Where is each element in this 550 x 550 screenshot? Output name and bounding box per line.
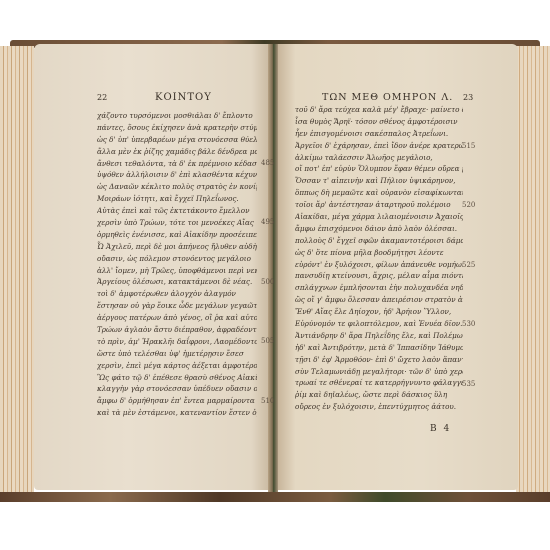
right-running-head: ΤΩΝ ΜΕΘ ΟΜΗΡΟΝ Λ. xyxy=(322,92,453,103)
text-line: εὑρόντ' ἐν ξυλόχοισι, φίλων ἀπάνευθε νομ… xyxy=(295,259,463,271)
text-line: Εὐρύνομόν τε φιλοπτόλεμον, καὶ Ἐνυέα δῖο… xyxy=(295,318,463,330)
text-line: καὶ τὰ μὲν ἑστάμενοι, κατεναντίον ἔστεν … xyxy=(97,407,257,419)
line-number: 510 xyxy=(261,397,274,405)
right-page-text: τοῦ δ' ἄρα τεύχεα καλὰ μέγ' ἔβραχε· μαίν… xyxy=(295,104,463,413)
text-line: ῥίμ καὶ δηϊαλέως, ὥστε περὶ δάσκιος ὕλη xyxy=(295,389,463,401)
text-line: ὡς δ' ὑπ' ὑπερβαρέων μέγα στονόεσσα θύελ… xyxy=(97,134,257,146)
page-edges-right xyxy=(516,46,550,492)
left-running-head: ΚΟΙΝΤΟΥ xyxy=(155,92,212,103)
text-line: Αὐτὰς ἐπεὶ καὶ τῶς ἐκτετάκοντο ἔμελλον xyxy=(97,205,257,217)
text-line: πανσυδίῃ κτείνουσι, ἄχρις, μέλαν αἷμα πι… xyxy=(295,270,463,282)
text-line: πάντες, ὅσους ἐκίχησεν ἀνὰ κρατερὴν στύμ… xyxy=(97,122,257,134)
text-line: Ἔνθ' Αἴας ἕλε Δηίοχον, ἠδ' Ἀρήιον Ὕλλον, xyxy=(295,306,463,318)
text-line: οἵ ποτ' ἐπ' εὐρὺν Ὄλυμπον ἔφαν θέμεν οὔρ… xyxy=(295,163,463,175)
text-line: κλαγγὴν γὰρ στονόεσσαν ὑπέδυεν οὔασιν οἶ… xyxy=(97,383,257,395)
text-line: ἦεν ἐπισγομένοισι σακέσπαλος Ἀτρεΐωνι. xyxy=(295,128,463,140)
text-line: τοῖοι ἄρ' ἀντέστησαν ἀταρτηροῦ πολέμοιο xyxy=(295,199,463,211)
text-line: ἄμφω ἐπισχόμενοι δάιον ἀπὸ λαὸν ὀλέσσαι. xyxy=(295,223,463,235)
text-line: οὔασιν, ὡς πόλεμον στονόεντος μεγάλοιο xyxy=(97,253,257,265)
line-number: 515 xyxy=(462,142,475,150)
text-line: ἀλλ' ἴομεν, μὴ Τρῶες, ὑποφθάμενοι περὶ ν… xyxy=(97,265,257,277)
left-page-text: χάζοντο τυρσόμενοι μοσθιάλαι δ' ἔπλοντοπ… xyxy=(97,110,257,419)
text-line: σὺν Τελαμωνιάδῃ μεγαλήτορι· τῶν δ' ὑπὸ χ… xyxy=(295,366,463,378)
text-line: Ἀργείους ὀλέσωσι, κατακτάμενοι δὲ νέας. xyxy=(97,276,257,288)
text-line: ἶσα θυμὸς Ἄρηϊ· τόσον σθένος ἀμφοτέροισι… xyxy=(295,116,463,128)
text-line: τῇσι δ' ἐφ' Ἁρμοθόον· ἐπὶ δ' ὤχετο λαὸν … xyxy=(295,354,463,366)
open-book: 22 ΚΟΙΝΤΟΥ ΤΩΝ ΜΕΘ ΟΜΗΡΟΝ Λ. 23 χάζοντο … xyxy=(0,40,550,503)
text-line: ὅππως δὴ μεμαῶτε καὶ οὐρανὸν εἰσαφίκωντα… xyxy=(295,187,463,199)
text-line: Ὣς φάτο τῷ δ' ἐπέθεσε θρασὺ σθένος Αἰακί… xyxy=(97,372,257,384)
text-line: ὡς δ' ὅτε πίονα μῆλα βοοδμήτῃσι λέοντε xyxy=(295,247,463,259)
text-line: ὣς οἵ γ' ἄμφω ὄλεσσαν ἀπειρέσιον στρατὸν… xyxy=(295,294,463,306)
page-edges-left xyxy=(0,46,34,494)
text-line: χάζοντο τυρσόμενοι μοσθιάλαι δ' ἔπλοντο xyxy=(97,110,257,122)
line-number: 525 xyxy=(462,261,475,269)
text-line: Ἀργεῖοι δ' ἐχάρησαν, ἐπεὶ ἴδον ἀνέρε κρα… xyxy=(295,140,463,152)
text-line: ἀέργους πατέρων ἀπὸ γένος, οἳ ῥα καὶ αὐτ… xyxy=(97,312,257,324)
text-line: Ὦ Ἀχιλεῦ, περὶ δὲ μοι ἀπήνεος ἤλυθεν αὐδ… xyxy=(97,241,257,253)
text-line: πολλοὺς δ' ἔγχεϊ σφῶν ἀκαμαντοτέροισι δά… xyxy=(295,235,463,247)
line-number: 495 xyxy=(261,218,274,226)
book-gutter xyxy=(268,44,278,492)
line-number: 535 xyxy=(462,380,475,388)
text-line: ὑψόθεν ἀλλήλοισιν δ' ἐπὶ κλασθέντα κέχυν… xyxy=(97,169,257,181)
text-line: ἄμφω δ' ὁρμήθησαν ἐπ' ἔντεα μαρμαίροντα xyxy=(97,395,257,407)
text-line: τρωαί τε σθένεραί τε κατερρήγνυντο φάλαγ… xyxy=(295,377,463,389)
text-line: ἔστησαν οὐ γὰρ ἔοικε ὧδε μεγάλων γεγαῶτα… xyxy=(97,300,257,312)
text-line: χερσὶν ὑπὸ Τρώων, τότε τοι μενοέκες Αἴας xyxy=(97,217,257,229)
text-line: ὡς Δαναῶν κέκλιτο πολὺς στρατὸς ἐν κονίῃ… xyxy=(97,181,257,193)
line-number: 530 xyxy=(462,320,475,328)
text-line: Ὄσσαν τ' αἰπεινὴν καὶ Πήλιον ὑψικάρηνον, xyxy=(295,175,463,187)
text-line: τοῦ δ' ἄρα τεύχεα καλὰ μέγ' ἔβραχε· μαίν… xyxy=(295,104,463,116)
book-cover-bottom xyxy=(0,492,550,502)
text-line: τοὶ δ' ἀμφοτέρωθεν ἀλογχὸν ἀλαγμόν xyxy=(97,288,257,300)
right-page-number: 23 xyxy=(463,93,473,102)
text-line: σπλάγχνων ἐμπλήσονται ἐὴν πολυχανδέα νηδ… xyxy=(295,282,463,294)
text-line: οὔρεος ἐν ξυλόχοισιν, ἐπεντύχμητος ἀάτου… xyxy=(295,401,463,413)
text-line: ὥστε ὑπὸ τελέσθαι ὑφ' ἡμετέρῃσιν ἔσεσ xyxy=(97,348,257,360)
text-line: Ἀντιάνδρην δ' ἄρα Πηλεΐδης ἕλε, καὶ Πολέ… xyxy=(295,330,463,342)
text-line: τὸ πρὶν, ἀμ' Ἡρακλῆι δαΐφρονι, Λαομέδοντ… xyxy=(97,336,257,348)
text-line: ἀλκίμω ταλάεσσιν Ἀλωῆος μεγάλοιο, xyxy=(295,152,463,164)
text-line: ἄλλα μὲν ἐκ ῥίζης χαμάδις βάλε δένδρεα μ… xyxy=(97,146,257,158)
text-line: ἠδ' καὶ Ἀντιβρότην, μετὰ δ' Ἱππασίδην Ἰά… xyxy=(295,342,463,354)
text-line: Αἰακίδαι, μέγα χάρμα λιλαιομένοισιν Ἀχαι… xyxy=(295,211,463,223)
text-line: Μοιράων ἰότητι, καὶ ἔγχεϊ Πηλεΐωνος. xyxy=(97,193,257,205)
text-line: Τρώων ἀγλαὸν ἄστυ διέπραθον, ἀφραδέοντι xyxy=(97,324,257,336)
line-number: 500 xyxy=(261,278,274,286)
left-page-number: 22 xyxy=(97,93,107,102)
line-number: 505 xyxy=(261,337,274,345)
text-line: χερσὶν, ἐπεὶ μέγα κάρτος ἀέξεται ἀμφοτέρ… xyxy=(97,360,257,372)
signature-mark: B 4 xyxy=(430,424,451,434)
line-number: 485 xyxy=(261,159,274,167)
text-line: ἄνθεσι τεθαλόντα, τὰ δ' ἐκ πρέμνοιο κέδα… xyxy=(97,158,257,170)
text-line: ὁρμηθεὶς ἐνένισσε, καὶ Αἰακίδην προσέειπ… xyxy=(97,229,257,241)
line-number: 520 xyxy=(462,201,475,209)
